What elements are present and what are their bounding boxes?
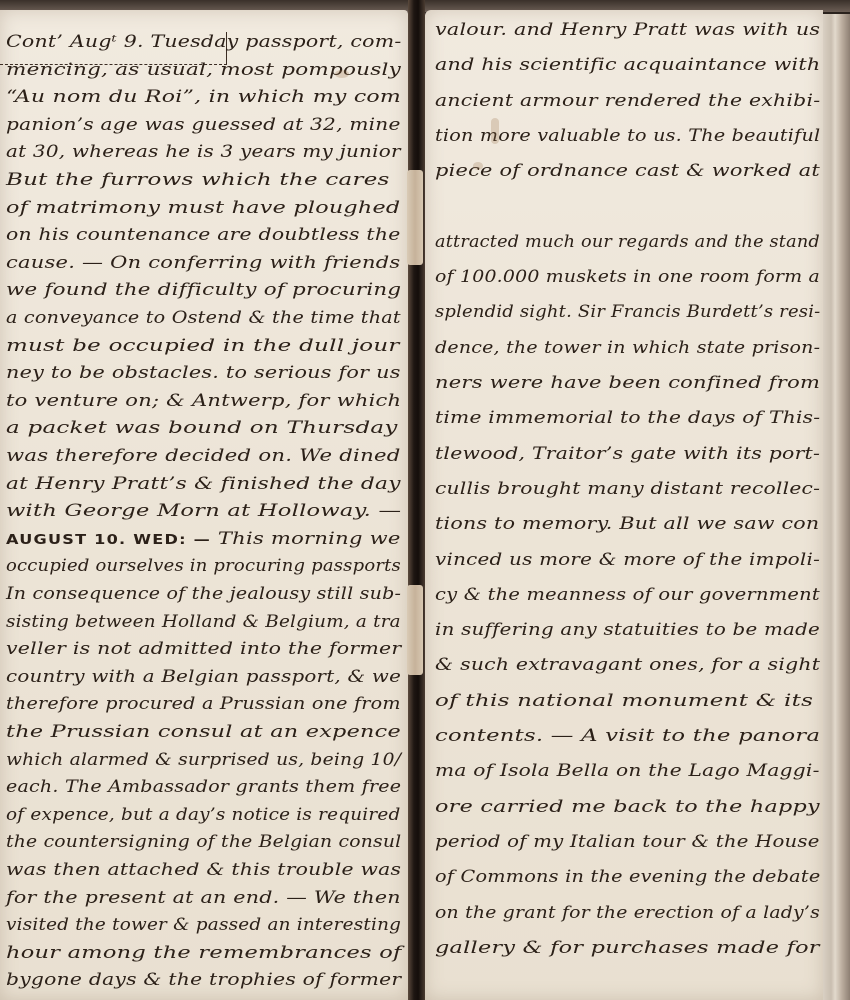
handwritten-line: and his scientific acquaintance with bbox=[435, 55, 820, 75]
ink-stain bbox=[491, 118, 499, 144]
handwritten-line: tions to memory. But all we saw con bbox=[435, 514, 819, 534]
handwritten-line: panion’s age was guessed at 32, mine bbox=[6, 115, 401, 135]
handwritten-line: a conveyance to Ostend & the time that bbox=[6, 308, 401, 328]
handwritten-line: which alarmed & surprised us, being 10/ bbox=[6, 750, 401, 770]
handwritten-line: of 100.000 muskets in one room form a bbox=[435, 267, 820, 287]
handwritten-line: to venture on; & Antwerp, for which bbox=[6, 391, 401, 411]
handwritten-line: of this national monument & its bbox=[435, 691, 813, 711]
handwritten-line: period of my Italian tour & the House bbox=[435, 832, 820, 852]
handwritten-line: with George Morn at Holloway. — bbox=[6, 501, 401, 521]
journal-spread: Cont’ Augᵗ 9. Tuesday passport, com-menc… bbox=[0, 0, 850, 1000]
handwritten-line: In consequence of the jealousy still sub… bbox=[6, 584, 401, 604]
handwritten-line: & such extravagant ones, for a sight bbox=[435, 655, 820, 675]
ink-stain bbox=[473, 162, 483, 170]
handwritten-line: Cont’ Augᵗ 9. Tuesday passport, com- bbox=[6, 32, 402, 52]
handwritten-line: attracted much our regards and the stand bbox=[435, 232, 820, 252]
handwritten-line: of matrimony must have ploughed bbox=[6, 198, 400, 218]
handwritten-line: must be occupied in the dull jour bbox=[6, 336, 400, 356]
handwritten-line: veller is not admitted into the former bbox=[6, 639, 401, 659]
handwritten-line: visited the tower & passed an interestin… bbox=[6, 915, 401, 935]
handwritten-line: ners were have been confined from bbox=[435, 373, 820, 393]
page-edges bbox=[823, 14, 850, 1000]
handwritten-line: ancient armour rendered the exhibi- bbox=[435, 91, 820, 111]
handwritten-line: time immemorial to the days of This- bbox=[435, 408, 820, 428]
handwritten-line: cullis brought many distant recollec- bbox=[435, 479, 820, 499]
binding-tear bbox=[407, 585, 423, 675]
handwritten-line: we found the difficulty of procuring bbox=[6, 280, 401, 300]
handwritten-line: occupied ourselves in procuring passport… bbox=[6, 556, 401, 576]
handwritten-line: therefore procured a Prussian one from bbox=[6, 694, 401, 714]
handwritten-line: piece of ordnance cast & worked at bbox=[435, 161, 820, 181]
handwritten-line: each. The Ambassador grants them free bbox=[6, 777, 401, 797]
handwritten-line: the countersigning of the Belgian consul bbox=[6, 832, 401, 852]
left-page: Cont’ Augᵗ 9. Tuesday passport, com-menc… bbox=[0, 10, 408, 1000]
handwritten-line: a packet was bound on Thursday bbox=[6, 418, 398, 438]
handwritten-line: AUGUST 10. WED: — This morning we bbox=[6, 529, 401, 549]
handwritten-line: on his countenance are doubtless the bbox=[6, 225, 400, 245]
handwritten-line: “Au nom du Roi”, in which my com bbox=[6, 87, 401, 107]
handwritten-line: at 30, whereas he is 3 years my junior bbox=[6, 142, 401, 162]
handwritten-line: cause. — On conferring with friends bbox=[6, 253, 400, 273]
handwritten-line: the Prussian consul at an expence bbox=[6, 722, 401, 742]
handwritten-line: contents. — A visit to the panora bbox=[435, 726, 820, 746]
handwritten-line: bygone days & the trophies of former bbox=[6, 970, 401, 990]
ink-stain bbox=[335, 70, 349, 78]
handwritten-line: vinced us more & more of the impoli- bbox=[435, 550, 820, 570]
handwritten-line: ma of Isola Bella on the Lago Maggi- bbox=[435, 761, 820, 781]
book-spine-gutter bbox=[408, 0, 425, 1000]
handwritten-line: ney to be obstacles. to serious for us bbox=[6, 363, 401, 383]
section-heading: AUGUST 10. WED: — bbox=[6, 533, 211, 548]
handwritten-line: tlewood, Traitor’s gate with its port- bbox=[435, 444, 820, 464]
handwritten-line: of expence, but a day’s notice is requir… bbox=[6, 805, 401, 825]
handwritten-line: was therefore decided on. We dined bbox=[6, 446, 401, 466]
handwritten-line: hour among the remembrances of bbox=[6, 943, 402, 963]
binding-tear bbox=[407, 170, 423, 265]
handwritten-line: splendid sight. Sir Francis Burdett’s re… bbox=[435, 302, 820, 322]
handwritten-line: dence, the tower in which state prison- bbox=[435, 338, 820, 358]
handwritten-line: in suffering any statuities to be made bbox=[435, 620, 820, 640]
handwritten-line: gallery & for purchases made for bbox=[435, 938, 820, 958]
handwritten-line: was then attached & this trouble was bbox=[6, 860, 401, 880]
handwritten-line: But the furrows which the cares bbox=[6, 170, 390, 190]
handwritten-line: of Commons in the evening the debate bbox=[435, 867, 820, 887]
handwritten-line: sisting between Holland & Belgium, a tra bbox=[6, 612, 401, 632]
handwritten-line: cy & the meanness of our government bbox=[435, 585, 820, 605]
handwritten-line: on the grant for the erection of a lady’… bbox=[435, 903, 820, 923]
handwritten-line: at Henry Pratt’s & finished the day bbox=[6, 474, 401, 494]
handwritten-line: valour. and Henry Pratt was with us bbox=[435, 20, 820, 40]
handwritten-line: country with a Belgian passport, & we bbox=[6, 667, 401, 687]
right-page: valour. and Henry Pratt was with usand h… bbox=[425, 10, 823, 1000]
handwritten-line: for the present at an end. — We then bbox=[6, 888, 401, 908]
handwritten-line: ore carried me back to the happy bbox=[435, 797, 820, 817]
